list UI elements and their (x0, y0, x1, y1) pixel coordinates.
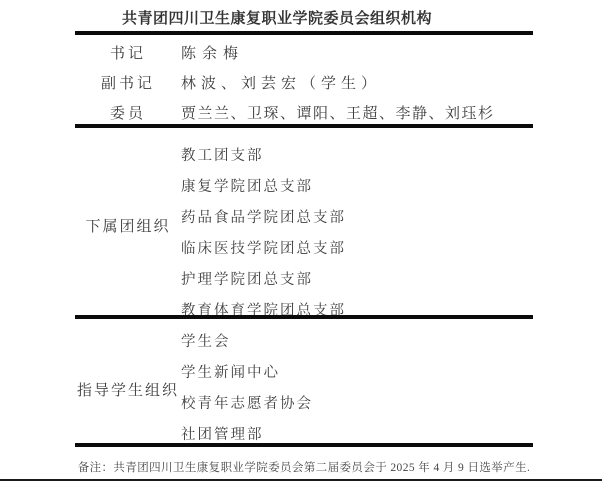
footnote: 备注：共青团四川卫生康复职业学院委员会第二届委员会于 2025 年 4 月 9 … (75, 459, 533, 475)
officer-row-value-committee-members: 贾兰兰、卫琛、谭阳、王超、李静、刘珏杉 (181, 102, 495, 123)
section-item: 临床医技学院团总支部 (181, 237, 346, 258)
section-label-guided-student-orgs: 指导学生组织 (75, 379, 181, 400)
document-title: 共青团四川卫生康复职业学院委员会组织机构 (0, 7, 554, 28)
officer-row-value-deputy-secretary: 林波、刘芸宏（学生） (181, 72, 381, 93)
section-label-subordinate-league-orgs: 下属团组织 (75, 215, 181, 236)
officer-row-value-secretary: 陈余梅 (181, 42, 244, 63)
section-item: 社团管理部 (181, 423, 264, 444)
officer-row-label-committee-members: 委员 (75, 102, 181, 123)
officer-row-label-deputy-secretary: 副书记 (75, 72, 181, 93)
section-item: 校青年志愿者协会 (181, 392, 313, 413)
table-bottom-rule (75, 443, 533, 447)
officer-row-label-secretary: 书记 (75, 42, 181, 63)
table-top-rule (75, 31, 533, 35)
section-item: 教工团支部 (181, 144, 264, 165)
section-item: 学生新闻中心 (181, 361, 280, 382)
section-item: 学生会 (181, 330, 231, 351)
table-mid-rule-1 (75, 124, 533, 128)
section-item: 药品食品学院团总支部 (181, 206, 346, 227)
section-item: 护理学院团总支部 (181, 268, 313, 289)
table-mid-rule-2 (75, 315, 533, 319)
document-page: 共青团四川卫生康复职业学院委员会组织机构 书记 陈余梅 副书记 林波、刘芸宏（学… (0, 0, 602, 485)
section-item: 康复学院团总支部 (181, 175, 313, 196)
page-edge-line (0, 479, 602, 481)
